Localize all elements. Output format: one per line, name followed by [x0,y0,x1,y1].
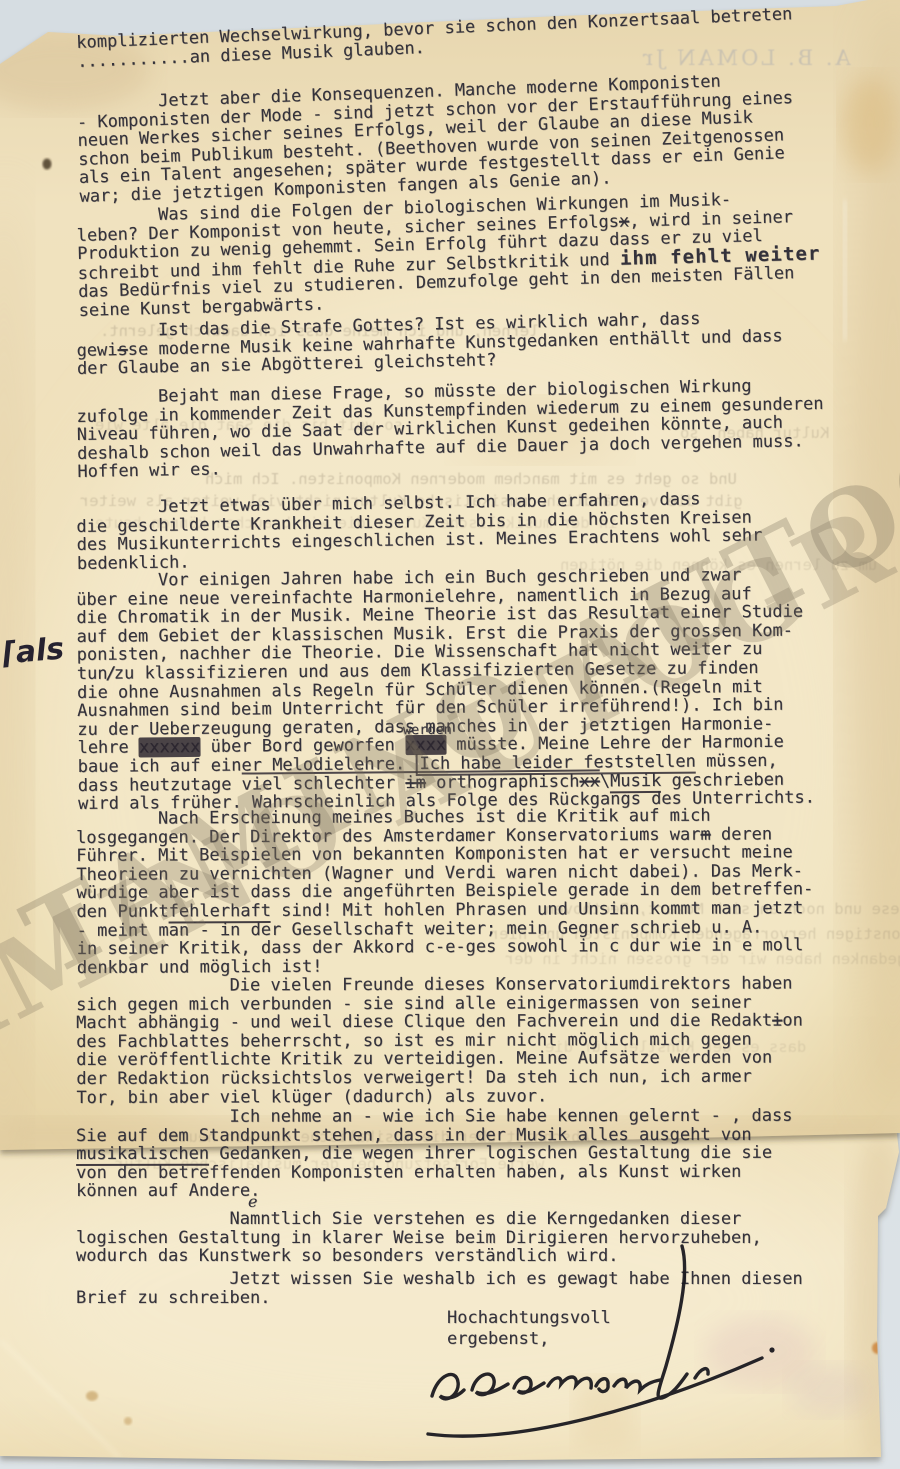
handwritten-margin-note: ⌈als [1,631,66,671]
paragraph: Jetzt etwas über mich selbst. Ich habe e… [76,488,892,574]
signature-flourish [428,1358,762,1436]
paragraph: Jetzt aber die Konsequenzen. Manche mode… [76,67,894,207]
paragraph: Bejaht man diese Frage, so müsste der bi… [76,375,892,482]
signature-autograph [410,1238,780,1448]
letter-line: Macht abhängig - und weil diese Clique d… [76,1011,891,1032]
letter-line: können auf Andere. [76,1181,891,1201]
letter-line: von den betreffenden Komponisten erhalte… [76,1162,891,1182]
scanned-letter-page: A. B. LOMAN Jrlernen, und ich meine dass… [0,0,900,1469]
paragraph: Die vielen Freunde dieses Konservatorium… [76,974,891,1107]
letter-line: Namentlich Sie verstehen es die Kerngeda… [76,1210,891,1229]
paragraph: Was sind die Folgen der biologischen Wir… [76,187,894,321]
letter-line: Ich nehme an - wie ich Sie habe kennen g… [76,1107,891,1127]
paragraph: Nach Erscheinung meines Buches ist die K… [76,806,892,978]
signature-jr [695,1369,708,1378]
paragraph: Ich nehme an - wie ich Sie habe kennen g… [76,1107,891,1201]
signature-period [769,1347,774,1352]
letter-line: in seiner Kritik, dass der Akkord c-e-ge… [77,936,892,959]
paragraph: Vor einigen Jahren habe ich ein Buch ges… [76,565,893,814]
paragraph: komplizierten Wechselwirkung, bevor sie … [76,1,892,71]
letter-line: Die vielen Freunde dieses Konservatorium… [76,974,891,995]
signature-ascender [658,1246,687,1398]
letter-line: musikalischen Gedanken, die wegen ihrer … [76,1144,891,1164]
letter-line: Tor, bin aber viel klüger (dadurch) als … [76,1086,891,1107]
